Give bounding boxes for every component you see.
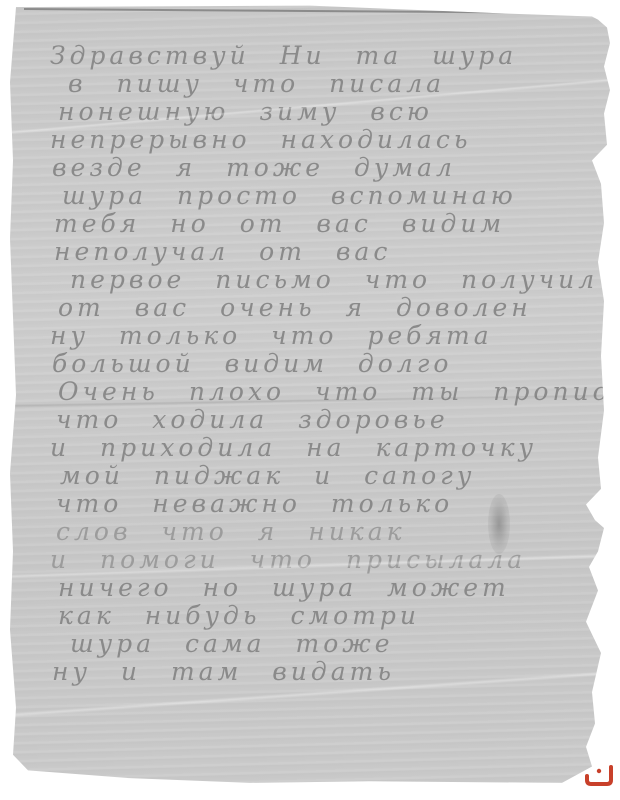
letter-line: шура просто вспоминаю xyxy=(50,182,610,210)
letter-line: что неважно только xyxy=(50,490,610,518)
page-top-edge xyxy=(24,8,614,14)
letter-line: первое письмо что получил xyxy=(50,266,610,294)
letter-line: ну только что ребята xyxy=(50,322,610,350)
letter-line: большой видим долго xyxy=(50,350,610,378)
letter-line: ничего но шура может xyxy=(50,574,610,602)
letter-line: везде я тоже думал xyxy=(50,154,610,182)
letter-line: нонешную зиму всю xyxy=(50,98,610,126)
handwritten-text: Здравствуй Ни та шура в пишу что писала … xyxy=(50,42,610,686)
letter-line: слов что я никак xyxy=(50,518,610,546)
letter-page: Здравствуй Ни та шура в пишу что писала … xyxy=(10,4,610,786)
letter-line: что ходила здоровье xyxy=(50,406,610,434)
letter-line: неполучал от вас xyxy=(50,238,610,266)
letter-line: шура сама тоже xyxy=(50,630,610,658)
letter-line: как нибудь смотри xyxy=(50,602,610,630)
letter-line: в пишу что писала xyxy=(50,70,610,98)
letter-line: от вас очень я доволен xyxy=(50,294,610,322)
letter-line: Здравствуй Ни та шура xyxy=(50,42,610,70)
letter-line: ну и там видать xyxy=(50,658,610,686)
letter-line: и помоги что присылала xyxy=(50,546,610,574)
letter-line: мой пиджак и сапогу xyxy=(50,462,610,490)
letter-line: Очень плохо что ты прописал xyxy=(50,378,610,406)
letter-line: тебя но от вас видим xyxy=(50,210,610,238)
letter-line: непрерывно находилась xyxy=(50,126,610,154)
letter-line: и приходила на карточку xyxy=(50,434,610,462)
smile-logo-icon xyxy=(584,762,614,788)
